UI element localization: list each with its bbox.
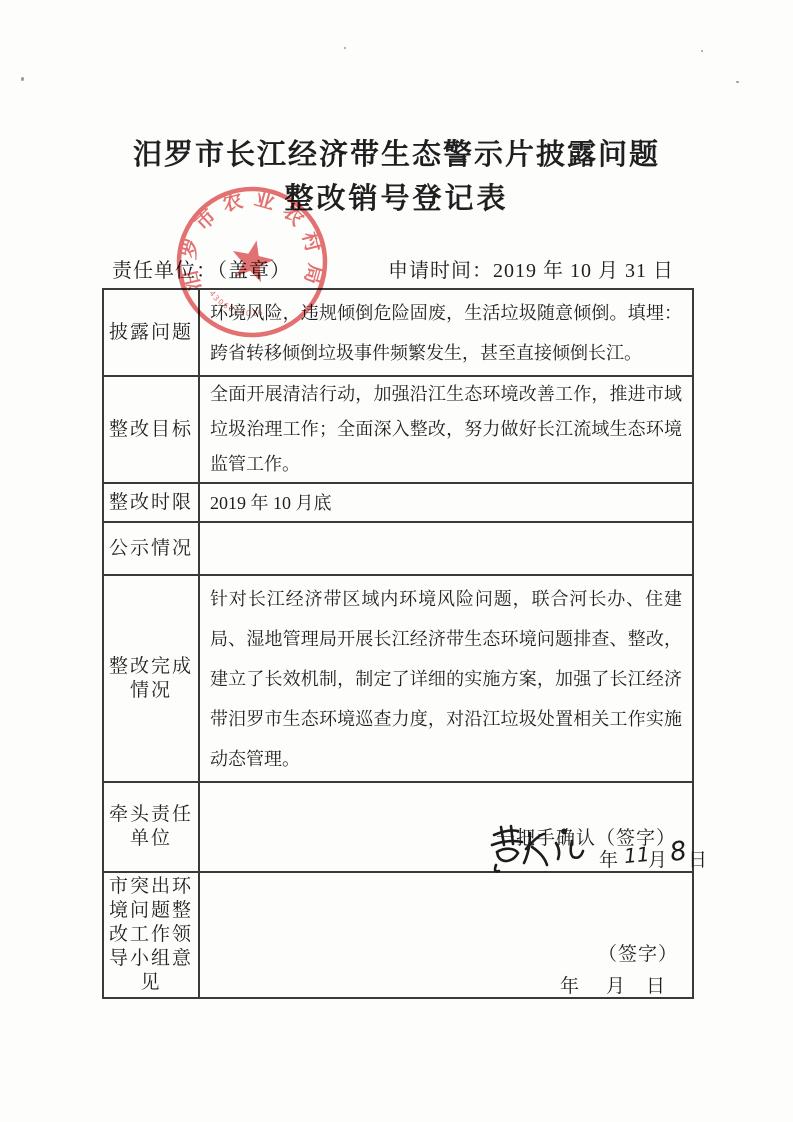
group-date-year-label: 年	[560, 971, 579, 998]
row-content-leader-group-opinion: （签字） 年 月 日	[199, 872, 693, 998]
lead-date-day-label: 日	[688, 845, 707, 872]
document-page: 汨罗市长江经济带生态警示片披露问题 整改销号登记表 责任单位：（盖章） 申请时间…	[0, 0, 793, 1122]
lead-date-month-value: 11	[623, 842, 650, 868]
row-label-publicity: 公示情况	[103, 522, 199, 575]
handwritten-signature	[488, 821, 600, 873]
row-label-disclosed-problem: 披露问题	[103, 289, 199, 376]
apply-time-label: 申请时间：2019 年 10 月 31 日	[388, 254, 674, 283]
table-row: 公示情况	[103, 522, 693, 575]
row-content-disclosed-problem: 环境风险，违规倾倒危险固废，生活垃圾随意倾倒。填埋：跨省转移倾倒垃圾事件频繁发生…	[199, 289, 693, 376]
table-row: 披露问题 环境风险，违规倾倒危险固废，生活垃圾随意倾倒。填埋：跨省转移倾倒垃圾事…	[103, 289, 693, 376]
row-label-deadline: 整改时限	[103, 483, 199, 522]
row-label-rectification-goal: 整改目标	[103, 376, 199, 483]
table-row: 整改完成情况 针对长江经济带区域内环境风险问题，联合河长办、住建局、湿地管理局开…	[103, 575, 693, 782]
form-title-line1: 汨罗市长江经济带生态警示片披露问题	[0, 136, 793, 174]
form-title: 汨罗市长江经济带生态警示片披露问题 整改销号登记表	[0, 136, 793, 219]
lead-date-year-label: 年	[599, 845, 618, 872]
group-sign-label: （签字）	[598, 939, 678, 966]
registration-table: 披露问题 环境风险，违规倾倒危险固废，生活垃圾随意倾倒。填埋：跨省转移倾倒垃圾事…	[102, 288, 694, 999]
group-date-month-label: 月	[606, 971, 625, 998]
group-date-day-label: 日	[646, 971, 665, 998]
row-content-rectification-goal: 全面开展清洁行动，加强沿江生态环境改善工作，推进市域垃圾治理工作；全面深入整改，…	[199, 376, 693, 483]
form-title-line2: 整改销号登记表	[0, 179, 793, 219]
row-content-publicity	[199, 522, 693, 575]
scan-speck	[736, 81, 739, 83]
scan-speck	[21, 77, 24, 81]
table-row: 整改目标 全面开展清洁行动，加强沿江生态环境改善工作，推进市域垃圾治理工作；全面…	[103, 376, 693, 483]
row-content-lead-unit: 一把手确认（签字）	[199, 782, 693, 872]
row-label-completion: 整改完成情况	[103, 575, 199, 782]
lead-date-day-value: 8	[668, 836, 689, 868]
row-content-completion: 针对长江经济带区域内环境风险问题，联合河长办、住建局、湿地管理局开展长江经济带生…	[199, 575, 693, 782]
scan-speck	[701, 50, 703, 52]
table-row: 牵头责任单位 一把手确认（签字）	[103, 782, 693, 872]
responsible-unit-label: 责任单位：（盖章）	[112, 254, 291, 283]
scan-speck	[344, 47, 346, 49]
row-label-lead-unit: 牵头责任单位	[103, 782, 199, 872]
row-label-leader-group-opinion: 市突出环境问题整改工作领导小组意见	[103, 872, 199, 998]
row-content-deadline: 2019 年 10 月底	[199, 483, 693, 522]
table-row: 整改时限 2019 年 10 月底	[103, 483, 693, 522]
table-row: 市突出环境问题整改工作领导小组意见 （签字） 年 月 日	[103, 872, 693, 998]
lead-date-month-label: 月	[648, 845, 667, 872]
